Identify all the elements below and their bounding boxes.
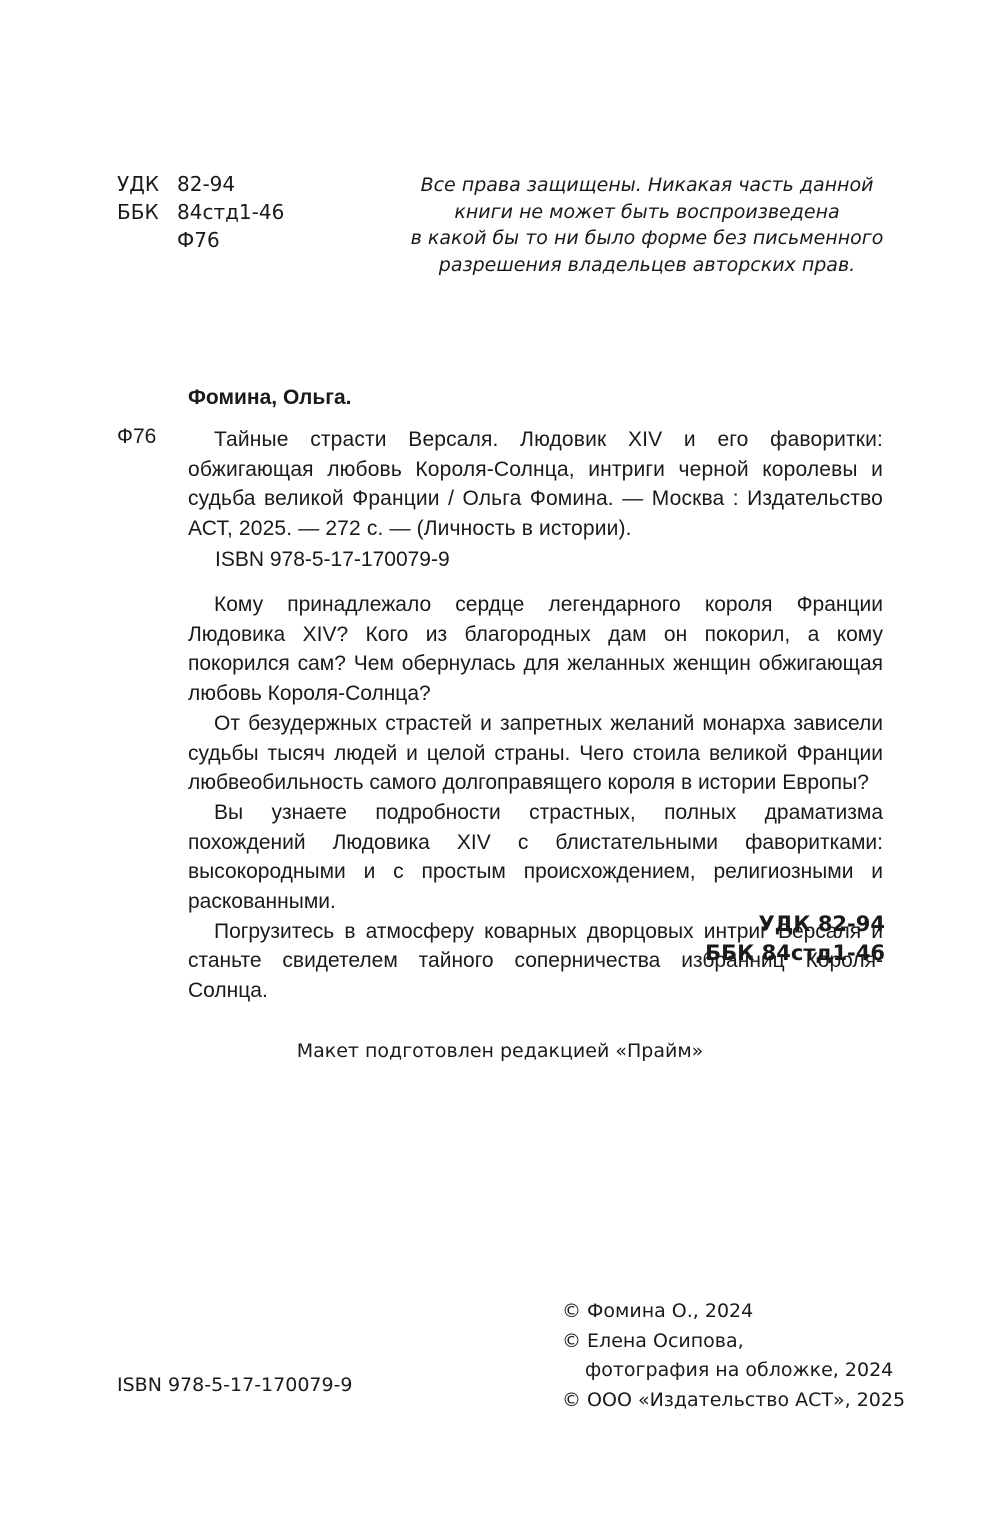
catalog-code: Ф76: [117, 425, 156, 449]
bbk-label: ББК: [117, 198, 177, 226]
layout-credit: Макет подготовлен редакцией «Прайм»: [0, 1040, 1000, 1062]
isbn-main: ISBN 978-5-17-170079-9: [215, 548, 450, 572]
copyright-line: © Елена Осипова,: [562, 1327, 905, 1357]
copyright-block: © Фомина О., 2024 © Елена Осипова, фотог…: [562, 1297, 905, 1415]
annotation-paragraph: Вы узнаете подробности страстных, полных…: [188, 798, 883, 917]
rights-notice: Все права защищены. Никакая часть данной…: [400, 172, 894, 278]
copyright-line: © Фомина О., 2024: [562, 1297, 905, 1327]
copyright-line: фотография на обложке, 2024: [562, 1356, 905, 1386]
catalog-entry: Тайные страсти Версаля. Людовик XIV и ег…: [188, 425, 883, 543]
author-heading: Фомина, Ольга.: [188, 386, 352, 410]
author-mark: Ф76: [177, 226, 220, 254]
classification-codes-right: УДК 82-94 ББК 84стд1-46: [600, 910, 885, 968]
catalog-entry-text: Тайные страсти Версаля. Людовик XIV и ег…: [188, 425, 883, 543]
annotation-paragraph: Кому принадлежало сердце легендарного ко…: [188, 590, 883, 709]
annotation-paragraph: От безудержных страстей и запретных жела…: [188, 709, 883, 798]
udk-code: УДК 82-94: [600, 910, 885, 939]
udk-label: УДК: [117, 170, 177, 198]
bbk-value: 84стд1-46: [177, 198, 284, 226]
rights-line: книги не может быть воспроизведена: [400, 199, 894, 226]
rights-line: в какой бы то ни было форме без письменн…: [400, 225, 894, 252]
copyright-line: © ООО «Издательство АСТ», 2025: [562, 1386, 905, 1416]
bbk-code: ББК 84стд1-46: [600, 939, 885, 968]
rights-line: разрешения владельцев авторских прав.: [400, 252, 894, 279]
rights-line: Все права защищены. Никакая часть данной: [400, 172, 894, 199]
classification-block: УДК 82-94 ББК 84стд1-46 Ф76: [117, 170, 284, 254]
udk-value: 82-94: [177, 170, 235, 198]
isbn-bottom: ISBN 978-5-17-170079-9: [117, 1374, 353, 1396]
